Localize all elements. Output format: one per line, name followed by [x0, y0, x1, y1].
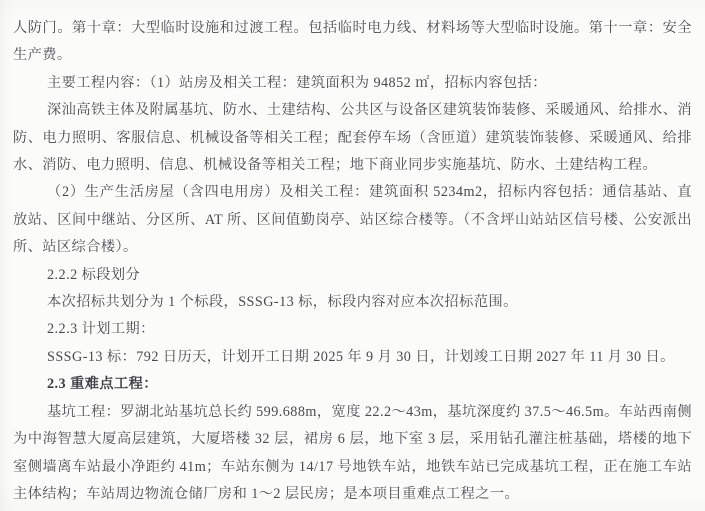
- document-page: 人防门。第十章：大型临时设施和过渡工程。包括临时电力线、材料场等大型临时设施。第…: [0, 0, 705, 511]
- paragraph-continued-from-previous-page: 人防门。第十章：大型临时设施和过渡工程。包括临时电力线、材料场等大型临时设施。第…: [13, 15, 692, 70]
- paragraph-main-works-item-1: 主要工程内容：（1）站房及相关工程：建筑面积为 94852 ㎡，招标内容包括：: [13, 70, 692, 97]
- heading-2-2-3-planned-duration: 2.2.3 计划工期：: [13, 316, 692, 343]
- paragraph-section-division-detail: 本次招标共划分为 1 个标段，SSSG-13 标，标段内容对应本次招标范围。: [13, 289, 692, 316]
- paragraph-foundation-pit-works-detail: 基坑工程：罗湖北站基坑总长约 599.688m，宽度 22.2～43m，基坑深度…: [13, 399, 692, 509]
- document-body-text: 人防门。第十章：大型临时设施和过渡工程。包括临时电力线、材料场等大型临时设施。第…: [13, 15, 692, 508]
- heading-2-3-key-difficult-works: 2.3 重难点工程：: [13, 371, 692, 398]
- paragraph-main-works-item-2: （2）生产生活房屋（含四电用房）及相关工程：建筑面积 5234m2，招标内容包括…: [13, 179, 692, 261]
- paragraph-planned-duration-detail: SSSG-13 标：792 日历天，计划开工日期 2025 年 9 月 30 日…: [13, 344, 692, 371]
- heading-2-2-2-section-division: 2.2.2 标段划分: [13, 262, 692, 289]
- paragraph-station-works-scope: 深汕高铁主体及附属基坑、防水、土建结构、公共区与设备区建筑装饰装修、采暖通风、给…: [13, 97, 692, 179]
